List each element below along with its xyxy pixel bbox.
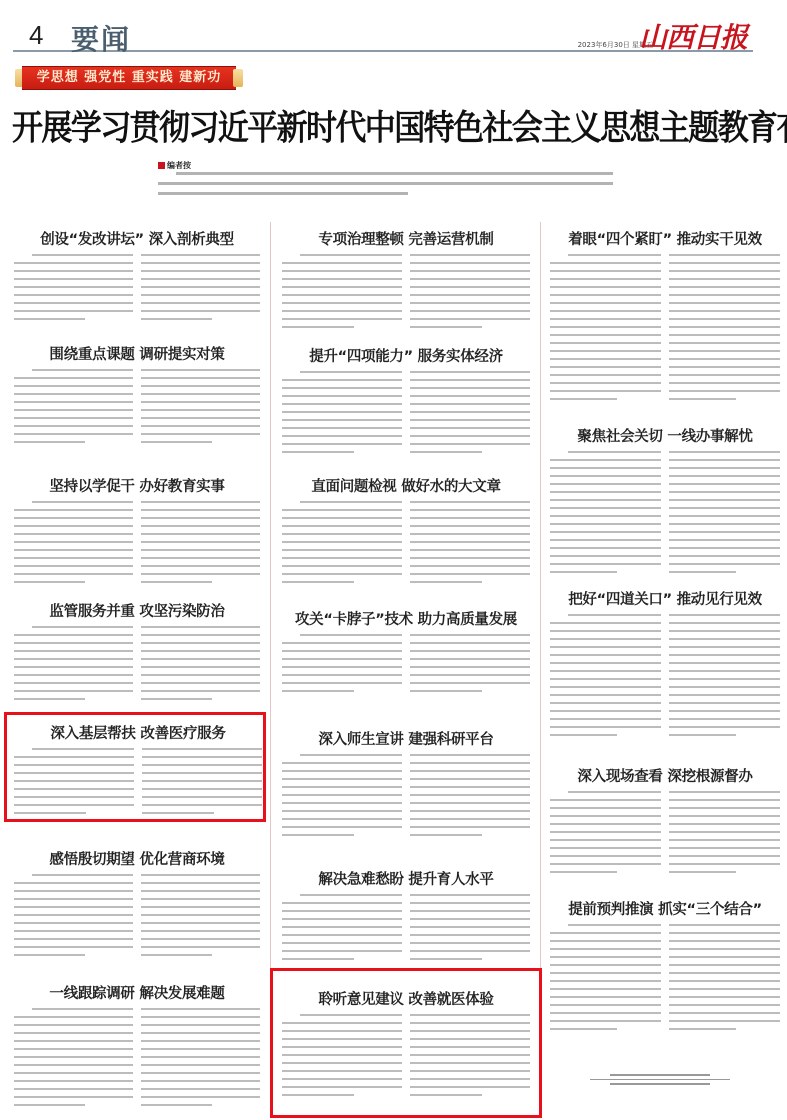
article-body	[550, 614, 780, 742]
article: 攻关“卡脖子”技术 助力高质量发展	[280, 608, 532, 629]
article-body	[14, 874, 260, 962]
slogan-text: 学思想 强党性 重实践 建新功	[22, 66, 236, 90]
scroll-right-ornament	[233, 69, 243, 87]
article-body	[14, 369, 260, 449]
article-headline: 聚焦社会关切 一线办事解忧	[548, 425, 782, 446]
article: 深入师生宣讲 建强科研平台	[280, 728, 532, 749]
editor-note-label: 编者按	[158, 160, 191, 171]
article-body	[550, 254, 780, 406]
article: 感悟殷切期望 优化营商环境	[12, 848, 262, 869]
highlight-box	[270, 968, 542, 1118]
article-headline: 深入师生宣讲 建强科研平台	[280, 728, 532, 749]
article-headline: 深入现场查看 深挖根源督办	[548, 765, 782, 786]
article-headline: 直面问题检视 做好水的大文章	[280, 475, 532, 496]
article-headline: 解决急难愁盼 提升育人水平	[280, 868, 532, 889]
article: 提前预判推演 抓实“三个结合”	[548, 898, 782, 919]
article-headline: 提前预判推演 抓实“三个结合”	[548, 898, 782, 919]
article: 深入现场查看 深挖根源督办	[548, 765, 782, 786]
article-body	[550, 924, 780, 1036]
page-number: 4	[29, 20, 43, 51]
slogan-banner: 学思想 强党性 重实践 建新功	[15, 66, 243, 88]
article-headline: 提升“四项能力” 服务实体经济	[280, 345, 532, 366]
article-body	[282, 894, 530, 966]
section-name: 要闻	[71, 18, 131, 58]
article: 一线跟踪调研 解决发展难题	[12, 982, 262, 1003]
article: 解决急难愁盼 提升育人水平	[280, 868, 532, 889]
red-square-icon	[158, 162, 165, 169]
article-headline: 监管服务并重 攻坚污染防治	[12, 600, 262, 621]
article: 着眼“四个紧盯” 推动实干见效	[548, 228, 782, 249]
article: 把好“四道关口” 推动见行见效	[548, 588, 782, 609]
article-body	[550, 451, 780, 579]
article-body	[282, 501, 530, 589]
highlight-box	[4, 712, 266, 822]
main-title: 开展学习贯彻习近平新时代中国特色社会主义思想主题教育有关做法摘编	[12, 106, 777, 151]
article-headline: 感悟殷切期望 优化营商环境	[12, 848, 262, 869]
article: 监管服务并重 攻坚污染防治	[12, 600, 262, 621]
article-body	[14, 254, 260, 326]
article-body	[14, 501, 260, 589]
article: 坚持以学促干 办好教育实事	[12, 475, 262, 496]
article-body	[14, 1008, 260, 1112]
article-body	[14, 626, 260, 706]
article-body	[282, 254, 530, 334]
article-body	[550, 791, 780, 879]
page-header: 4 要闻 2023年6月30日 星期五 山西日报	[13, 18, 753, 52]
article: 专项治理整顿 完善运营机制	[280, 228, 532, 249]
newspaper-masthead: 山西日报	[639, 16, 747, 56]
article-headline: 一线跟踪调研 解决发展难题	[12, 982, 262, 1003]
article: 围绕重点课题 调研提实对策	[12, 343, 262, 364]
byline-text: 编者按	[167, 161, 191, 170]
article-body	[282, 634, 530, 698]
article-headline: 围绕重点课题 调研提实对策	[12, 343, 262, 364]
article-headline: 着眼“四个紧盯” 推动实干见效	[548, 228, 782, 249]
article-body	[282, 371, 530, 459]
article: 提升“四项能力” 服务实体经济	[280, 345, 532, 366]
editor-note-body	[158, 172, 613, 202]
article-headline: 攻关“卡脖子”技术 助力高质量发展	[280, 608, 532, 629]
article-headline: 创设“发改讲坛” 深入剖析典型	[12, 228, 262, 249]
article: 直面问题检视 做好水的大文章	[280, 475, 532, 496]
article-body	[282, 754, 530, 842]
article: 聚焦社会关切 一线办事解忧	[548, 425, 782, 446]
article-headline: 坚持以学促干 办好教育实事	[12, 475, 262, 496]
article-headline: 把好“四道关口” 推动见行见效	[548, 588, 782, 609]
credits-block	[590, 1072, 730, 1087]
article: 创设“发改讲坛” 深入剖析典型	[12, 228, 262, 249]
article-headline: 专项治理整顿 完善运营机制	[280, 228, 532, 249]
